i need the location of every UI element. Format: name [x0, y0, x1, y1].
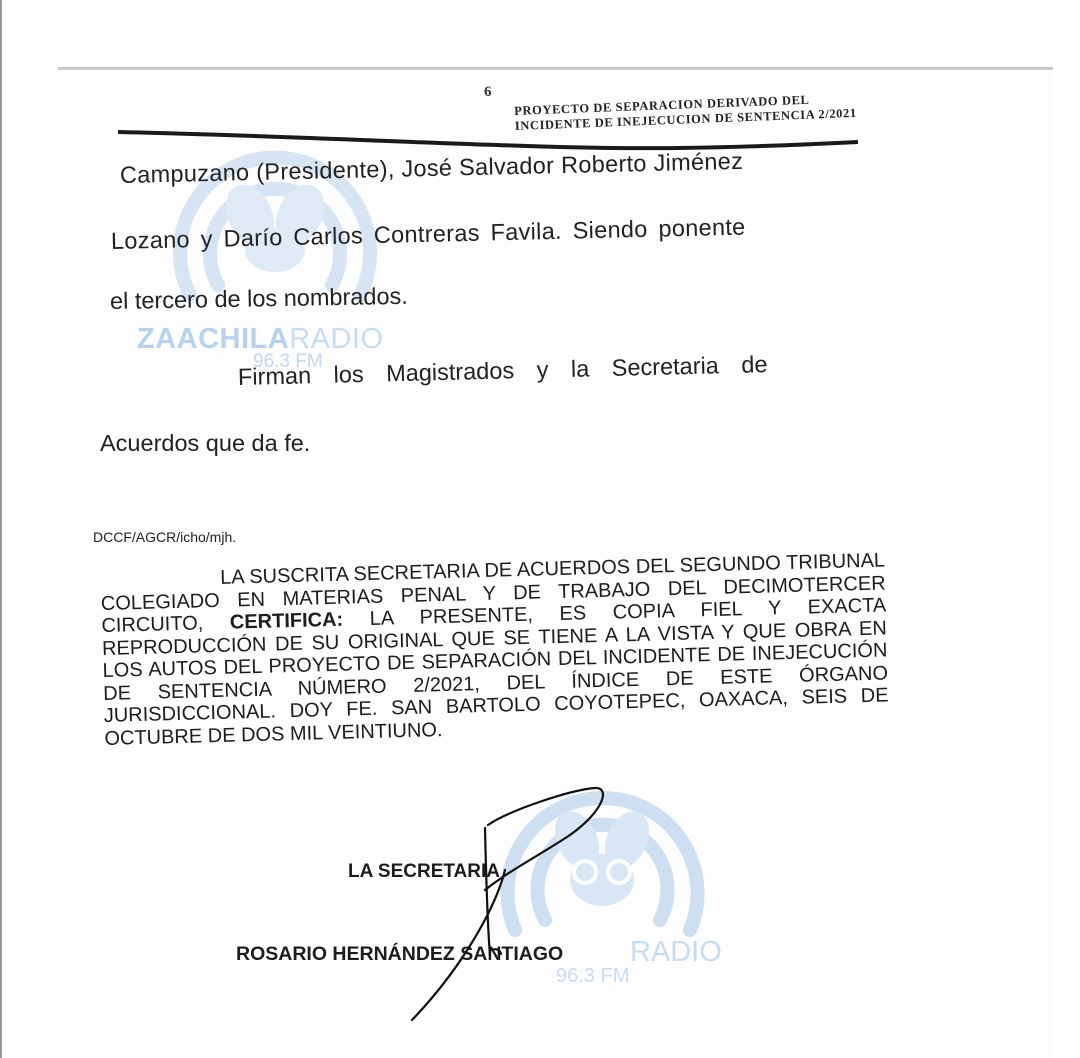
image-left-border: [0, 0, 2, 1058]
certification-paragraph: LA SUSCRITA SECRETARIA DE ACUERDOS DEL S…: [100, 549, 889, 749]
page-number: 6: [484, 84, 492, 101]
handwritten-signature: [400, 780, 640, 1030]
body-line-3: el tercero de los nombrados.: [110, 283, 408, 315]
body-line-5: Acuerdos que da fe.: [100, 430, 310, 457]
typist-initials: DCCF/AGCR/icho/mjh.: [93, 529, 236, 545]
page-top-edge: [58, 67, 1053, 70]
certification-keyword: CERTIFICA:: [230, 609, 344, 634]
